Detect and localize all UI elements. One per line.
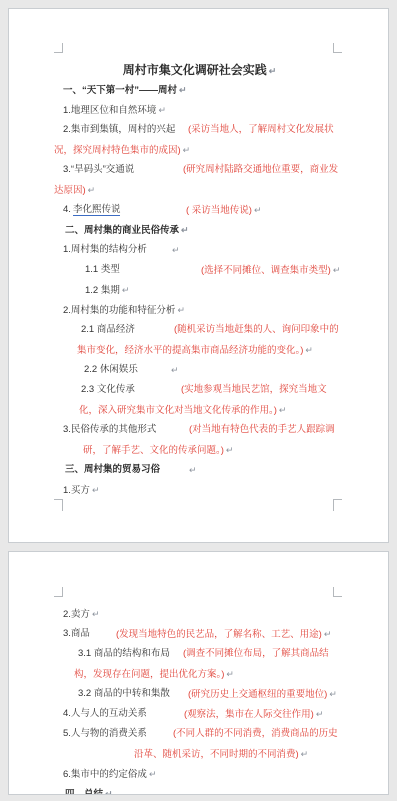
red-annotation: (不同人群的不同消费，消费商品的历史 (173, 724, 338, 744)
heading-text: 四、总结↵ (65, 784, 113, 795)
paragraph-line: 1.1 类型(选择不同摊位、调查集市类型)↵ (54, 260, 345, 280)
body-text: 3.1 商品的结构和布局 (78, 644, 170, 664)
body-text: 3.商品 (63, 624, 90, 644)
heading-text: 二、周村集的商业民俗传承↵ (65, 220, 189, 241)
paragraph-line: 5.人与物的消费关系(不同人群的不同消费，消费商品的历史 (54, 724, 345, 744)
body-text: 1.周村集的结构分析 (63, 240, 147, 260)
body-text: 1.买方↵ (63, 480, 99, 501)
red-annotation: (发现当地特色的民艺品，了解名称、工艺、用途)↵ (116, 624, 331, 645)
pilcrow-mark: ↵ (171, 360, 179, 380)
body-text: 4.人与人的互动关系 (63, 704, 147, 724)
red-annotation: 化，深入研究集市文化对当地文化传承的作用。)↵ (79, 400, 286, 421)
page-2[interactable]: 2.卖方↵3.商品(发现当地特色的民艺品，了解名称、工艺、用途)↵3.1 商品的… (8, 551, 389, 795)
heading-text: 一、“天下第一村”——周村↵ (63, 80, 187, 101)
pilcrow-mark: ↵ (172, 240, 180, 260)
red-annotation: 况，探究周村特色集市的成因)↵ (54, 140, 190, 161)
red-annotation: (实地参观当地民艺馆，探究当地文 (181, 380, 327, 400)
paragraph-line: 3.“旱码头”交通说(研究周村陆路交通地位重要，商业发 (54, 160, 345, 180)
body-text: 2.3 文化传承 (81, 380, 135, 400)
body-text: 1.1 类型 (85, 260, 120, 280)
body-text: 2.卖方↵ (63, 604, 99, 625)
paragraph-line: 达原因)↵ (54, 180, 345, 200)
red-annotation: (随机采访当地赶集的人、询问印象中的 (174, 320, 339, 340)
red-annotation: 研，了解手艺、文化的传承问题。)↵ (83, 440, 233, 461)
pilcrow-mark: ↵ (316, 709, 324, 719)
pilcrow-mark: ↵ (181, 225, 189, 235)
pilcrow-mark: ↵ (226, 669, 234, 679)
pilcrow-mark: ↵ (149, 769, 157, 779)
body-text: 2.2 休闲娱乐 (84, 360, 138, 380)
paragraph-line: 2.周村集的功能和特征分析↵ (54, 300, 345, 320)
body-text: 4.李化熙传说 (63, 200, 120, 220)
pilcrow-mark: ↵ (177, 305, 185, 315)
paragraph-line: 6.集市中的约定俗成↵ (54, 764, 345, 784)
body-text: 6.集市中的约定俗成↵ (63, 764, 156, 785)
paragraph-line: 2.2 休闲娱乐↵ (54, 360, 345, 380)
pilcrow-mark: ↵ (158, 105, 166, 115)
red-annotation: (对当地有特色代表的手艺人跟踪调 (189, 420, 335, 440)
body-text: 3.2 商品的中转和集散 (78, 684, 170, 704)
paragraph-line: 构，发现存在问题，提出优化方案。)↵ (54, 664, 345, 684)
pilcrow-mark: ↵ (105, 789, 113, 795)
paragraph-line: 一、“天下第一村”——周村↵ (54, 80, 345, 100)
body-text: 2.周村集的功能和特征分析↵ (63, 300, 185, 321)
paragraph-line: 周村市集文化调研社会实践↵ (54, 60, 345, 80)
red-annotation: 集市变化，经济水平的提高集市商品经济功能的变化。)↵ (77, 340, 313, 361)
paragraph-line: 4.李化熙传说( 采访当地传说)↵ (54, 200, 345, 220)
page-1[interactable]: 周村市集文化调研社会实践↵一、“天下第一村”——周村↵1.地理区位和自然环境↵2… (8, 8, 389, 543)
margin-mark-bottom-right (333, 499, 342, 511)
paragraph-line: 1.周村集的结构分析↵ (54, 240, 345, 260)
page-1-text[interactable]: 周村市集文化调研社会实践↵一、“天下第一村”——周村↵1.地理区位和自然环境↵2… (54, 60, 345, 500)
pilcrow-mark: ↵ (324, 629, 332, 639)
pilcrow-mark: ↵ (189, 460, 197, 480)
pilcrow-mark: ↵ (301, 749, 309, 759)
body-text: 3.“旱码头”交通说 (63, 160, 134, 180)
paragraph-line: 2.集市到集镇，周村的兴起(采访当地人，了解周村文化发展状 (54, 120, 345, 140)
paragraph-line: 四、总结↵ (54, 784, 345, 795)
page-2-text[interactable]: 2.卖方↵3.商品(发现当地特色的民艺品，了解名称、工艺、用途)↵3.1 商品的… (54, 604, 345, 795)
body-text: 2.集市到集镇，周村的兴起 (63, 120, 175, 140)
red-annotation: (采访当地人，了解周村文化发展状 (188, 120, 334, 140)
margin-mark-bottom-left (54, 499, 63, 511)
red-annotation: (观察法，集市在人际交往作用)↵ (184, 704, 323, 725)
paragraph-line: 研，了解手艺、文化的传承问题。)↵ (54, 440, 345, 460)
paragraph-line: 集市变化，经济水平的提高集市商品经济功能的变化。)↵ (54, 340, 345, 360)
paragraph-line: 况，探究周村特色集市的成因)↵ (54, 140, 345, 160)
red-annotation: 沿革、随机采访，不同时期的不同消费)↵ (134, 744, 308, 765)
red-annotation: 构，发现存在问题，提出优化方案。)↵ (74, 664, 234, 685)
pilcrow-mark: ↵ (88, 185, 96, 195)
paragraph-line: 3.商品(发现当地特色的民艺品，了解名称、工艺、用途)↵ (54, 624, 345, 644)
body-text: 1.地理区位和自然环境↵ (63, 100, 166, 121)
heading-text: 三、周村集的贸易习俗 (65, 460, 160, 480)
pilcrow-mark: ↵ (269, 66, 277, 76)
pilcrow-mark: ↵ (333, 265, 341, 275)
body-text: 2.1 商品经济 (81, 320, 135, 340)
paragraph-line: 二、周村集的商业民俗传承↵ (54, 220, 345, 240)
paragraph-line: 三、周村集的贸易习俗↵ (54, 460, 345, 480)
pilcrow-mark: ↵ (305, 345, 313, 355)
pilcrow-mark: ↵ (329, 689, 337, 699)
pilcrow-mark: ↵ (183, 145, 191, 155)
margin-mark-top-left (54, 587, 63, 597)
pilcrow-mark: ↵ (122, 285, 130, 295)
red-annotation: (选择不同摊位、调查集市类型)↵ (201, 260, 340, 281)
red-annotation: (研究历史上交通枢纽的重要地位)↵ (188, 684, 337, 705)
margin-mark-top-right (333, 43, 342, 53)
paragraph-line: 4.人与人的互动关系(观察法，集市在人际交往作用)↵ (54, 704, 345, 724)
body-text: 1.2 集期↵ (85, 280, 129, 301)
red-annotation: (研究周村陆路交通地位重要，商业发 (183, 160, 338, 180)
paragraph-line: 1.地理区位和自然环境↵ (54, 100, 345, 120)
red-annotation: (调查不同摊位布局，了解其商品结 (183, 644, 329, 664)
red-annotation: ( 采访当地传说)↵ (186, 200, 262, 221)
paragraph-line: 1.2 集期↵ (54, 280, 345, 300)
paragraph-line: 3.1 商品的结构和布局(调查不同摊位布局，了解其商品结 (54, 644, 345, 664)
pilcrow-mark: ↵ (179, 85, 187, 95)
paragraph-line: 1.买方↵ (54, 480, 345, 500)
paragraph-line: 2.卖方↵ (54, 604, 345, 624)
pilcrow-mark: ↵ (92, 609, 100, 619)
body-text: 3.民俗传承的其他形式 (63, 420, 156, 440)
document-title: 周村市集文化调研社会实践↵ (123, 63, 277, 77)
link-text[interactable]: 李化熙传说 (73, 204, 121, 216)
paragraph-line: 2.1 商品经济(随机采访当地赶集的人、询问印象中的 (54, 320, 345, 340)
margin-mark-top-right (333, 587, 342, 597)
pilcrow-mark: ↵ (92, 485, 100, 495)
paragraph-line: 沿革、随机采访，不同时期的不同消费)↵ (54, 744, 345, 764)
red-annotation: 达原因)↵ (54, 180, 95, 201)
paragraph-line: 3.2 商品的中转和集散(研究历史上交通枢纽的重要地位)↵ (54, 684, 345, 704)
paragraph-line: 2.3 文化传承(实地参观当地民艺馆，探究当地文 (54, 380, 345, 400)
pilcrow-mark: ↵ (226, 445, 234, 455)
pilcrow-mark: ↵ (279, 405, 287, 415)
paragraph-line: 3.民俗传承的其他形式(对当地有特色代表的手艺人跟踪调 (54, 420, 345, 440)
paragraph-line: 化，深入研究集市文化对当地文化传承的作用。)↵ (54, 400, 345, 420)
margin-mark-top-left (54, 43, 63, 53)
body-text: 5.人与物的消费关系 (63, 724, 147, 744)
pilcrow-mark: ↵ (254, 205, 262, 215)
